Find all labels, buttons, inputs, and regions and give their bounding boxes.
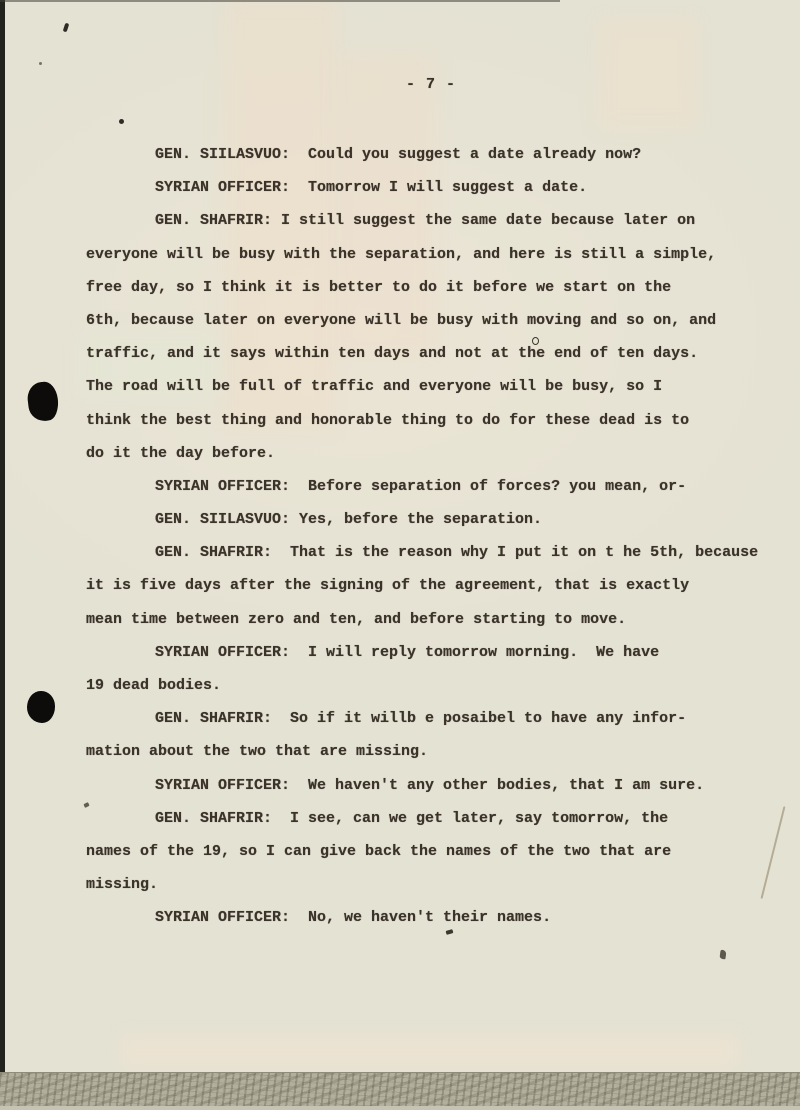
scan-edge-top	[0, 0, 560, 2]
transcript-line: SYRIAN OFFICER: We haven't any other bod…	[0, 776, 800, 809]
transcript-line: free day, so I think it is better to do …	[0, 278, 800, 311]
ink-speck	[719, 950, 726, 960]
transcript-line: think the best thing and honorable thing…	[0, 411, 800, 444]
paper-tone-patch	[120, 1035, 740, 1069]
scan-edge-band	[0, 1072, 800, 1110]
transcript-line: 19 dead bodies.	[0, 676, 800, 709]
transcript-line: everyone will be busy with the separatio…	[0, 245, 800, 278]
scanned-document-page: { "page": { "number_label": "- 7 -" }, "…	[0, 0, 800, 1110]
transcript-line: GEN. SHAFRIR: So if it willb e posaibel …	[0, 709, 800, 742]
transcript-line: mean time between zero and ten, and befo…	[0, 610, 800, 643]
transcript-line: GEN. SHAFRIR: That is the reason why I p…	[0, 543, 800, 576]
scan-edge-bottom	[0, 1106, 800, 1110]
transcript-line: GEN. SIILASVUO: Could you suggest a date…	[0, 145, 800, 178]
transcript-line: missing.	[0, 875, 800, 908]
transcript-line: GEN. SHAFRIR: I still suggest the same d…	[0, 211, 800, 244]
scan-edge-texture	[0, 1072, 800, 1107]
ink-speck	[39, 62, 42, 65]
transcript-line: GEN. SIILASVUO: Yes, before the separati…	[0, 510, 800, 543]
ink-speck	[119, 119, 124, 124]
transcript-line: mation about the two that are missing.	[0, 742, 800, 775]
transcript: GEN. SIILASVUO: Could you suggest a date…	[0, 145, 800, 942]
transcript-line: GEN. SHAFRIR: I see, can we get later, s…	[0, 809, 800, 842]
transcript-line: The road will be full of traffic and eve…	[0, 377, 800, 410]
transcript-line: SYRIAN OFFICER: I will reply tomorrow mo…	[0, 643, 800, 676]
ink-speck	[63, 23, 70, 33]
transcript-line: names of the 19, so I can give back the …	[0, 842, 800, 875]
transcript-line: do it the day before.	[0, 444, 800, 477]
transcript-line: it is five days after the signing of the…	[0, 576, 800, 609]
page-number: - 7 -	[406, 76, 456, 93]
transcript-line: SYRIAN OFFICER: Tomorrow I will suggest …	[0, 178, 800, 211]
transcript-line: 6th, because later on everyone will be b…	[0, 311, 800, 344]
transcript-line: SYRIAN OFFICER: Before separation of for…	[0, 477, 800, 510]
transcript-line: traffic, and it says within ten days and…	[0, 344, 800, 377]
transcript-line: SYRIAN OFFICER: No, we haven't their nam…	[0, 908, 800, 941]
paper-tone-patch	[598, 18, 698, 128]
